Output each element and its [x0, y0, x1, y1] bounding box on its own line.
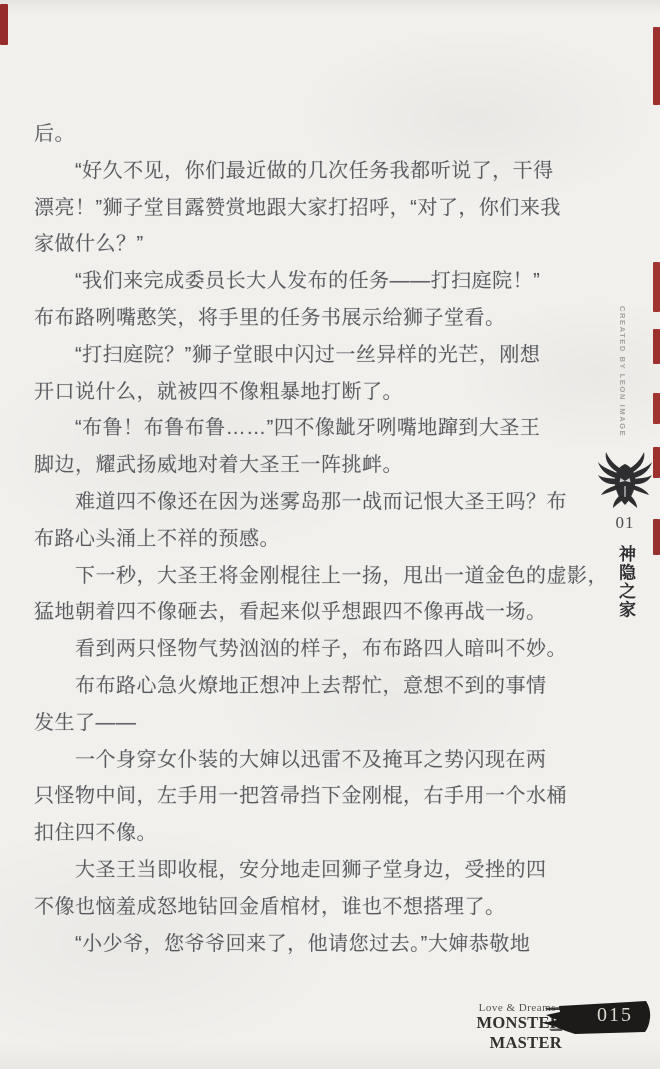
- text-line: 一个身穿女仆装的大婶以迅雷不及掩耳之势闪现在两: [34, 742, 592, 779]
- text-line: “好久不见，你们最近做的几次任务我都听说了，干得: [34, 153, 592, 190]
- credit-text: CREATED BY LEON IMAGE: [618, 306, 627, 458]
- text-line: 开口说什么，就被四不像粗暴地打断了。: [34, 374, 592, 411]
- monster-crest-icon: [598, 451, 652, 515]
- red-edge-mark: [653, 393, 660, 424]
- chapter-title: 神隐之家: [607, 540, 643, 624]
- text-line: 后。: [34, 116, 592, 153]
- red-edge-mark: [653, 27, 660, 105]
- red-edge-mark: [653, 329, 660, 364]
- text-line: “打扫庭院？”狮子堂眼中闪过一丝异样的光芒，刚想: [34, 337, 592, 374]
- red-edge-mark: [653, 447, 660, 478]
- body-text: 后。“好久不见，你们最近做的几次任务我都听说了，干得漂亮！”狮子堂目露赞赏地跟大…: [34, 116, 592, 962]
- footer-series-block: Love & Dreams MONSTER MASTER: [420, 1002, 562, 1053]
- text-line: “布鲁！布鲁布鲁……”四不像龇牙咧嘴地蹿到大圣王: [34, 410, 592, 447]
- text-line: 不像也恼羞成怒地钻回金盾棺材，谁也不想搭理了。: [34, 889, 592, 926]
- text-line: 大圣王当即收棍，安分地走回狮子堂身边，受挫的四: [34, 852, 592, 889]
- text-line: 布布路心急火燎地正想冲上去帮忙，意想不到的事情: [34, 668, 592, 705]
- chapter-number: 01: [598, 513, 652, 533]
- text-line: 只怪物中间，左手用一把笤帚挡下金刚棍，右手用一个水桶: [34, 778, 592, 815]
- text-line: 布路心头涌上不祥的预感。: [34, 521, 592, 558]
- text-line: 脚边，耀武扬威地对着大圣王一阵挑衅。: [34, 447, 592, 484]
- text-line: 发生了——: [34, 705, 592, 742]
- book-page: 后。“好久不见，你们最近做的几次任务我都听说了，干得漂亮！”狮子堂目露赞赏地跟大…: [0, 0, 660, 1069]
- text-line: 布布路咧嘴憨笑，将手里的任务书展示给狮子堂看。: [34, 300, 592, 337]
- page-number: 015: [579, 1004, 651, 1027]
- text-line: 猛地朝着四不像砸去，看起来似乎想跟四不像再战一场。: [34, 594, 592, 631]
- text-line: “我们来完成委员长大人发布的任务——打扫庭院！”: [34, 263, 592, 300]
- text-line: 家做什么？”: [34, 226, 592, 263]
- red-edge-mark: [653, 519, 660, 555]
- red-edge-mark: [653, 262, 660, 312]
- text-line: 扣住四不像。: [34, 815, 592, 852]
- text-line: 难道四不像还在因为迷雾岛那一战而记恨大圣王吗？布: [34, 484, 592, 521]
- page-number-brush: 015: [543, 999, 651, 1036]
- series-title: MONSTER MASTER: [420, 1013, 562, 1053]
- text-line: “小少爷，您爷爷回来了，他请您过去。”大婶恭敬地: [34, 926, 592, 963]
- text-line: 下一秒，大圣王将金刚棍往上一扬，甩出一道金色的虚影，: [34, 558, 592, 595]
- red-edge-mark: [0, 4, 8, 45]
- text-line: 看到两只怪物气势汹汹的样子，布布路四人暗叫不妙。: [34, 631, 592, 668]
- text-line: 漂亮！”狮子堂目露赞赏地跟大家打招呼，“对了，你们来我: [34, 190, 592, 227]
